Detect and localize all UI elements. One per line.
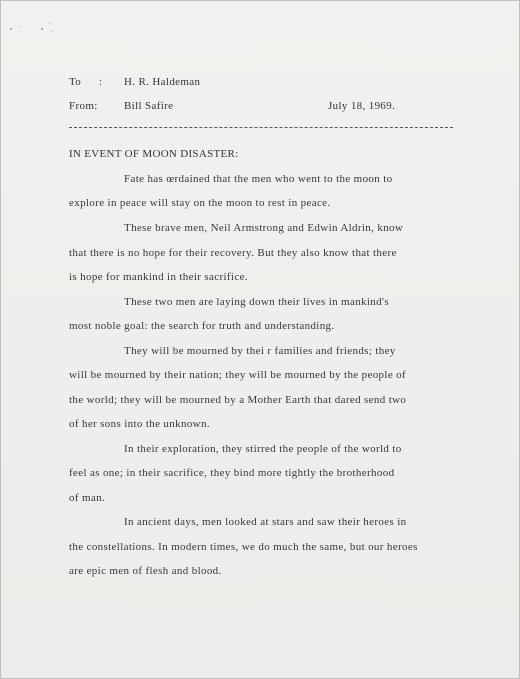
memo-heading: IN EVENT OF MOON DISASTER: (69, 148, 239, 160)
scan-speck (41, 28, 43, 30)
from-label: From: (69, 100, 98, 112)
dashed-divider (69, 127, 453, 128)
paragraph-first-line: In ancient days, men looked at stars and… (124, 516, 406, 528)
scan-speck (49, 23, 50, 24)
paragraph-line: is hope for mankind in their sacrifice. (69, 271, 248, 283)
paragraph-first-line: These brave men, Neil Armstrong and Edwi… (124, 222, 403, 234)
to-colon: : (99, 76, 102, 88)
memo-page: To : H. R. Haldeman From: Bill Safire Ju… (0, 0, 520, 679)
scan-speck (10, 28, 12, 30)
paragraph-line: the world; they will be mourned by a Mot… (69, 394, 406, 406)
paragraph-first-line: In their exploration, they stirred the p… (124, 443, 402, 455)
to-recipient: H. R. Haldeman (124, 76, 200, 88)
paragraph-line: of her sons into the unknown. (69, 418, 210, 430)
paragraph-first-line: These two men are laying down their live… (124, 296, 389, 308)
memo-date: July 18, 1969. (328, 100, 395, 112)
paragraph-first-line: They will be mourned by thei r families … (124, 345, 396, 357)
scan-speck (19, 26, 20, 27)
paragraph-line: are epic men of flesh and blood. (69, 565, 222, 577)
paragraph-line: explore in peace will stay on the moon t… (69, 197, 331, 209)
paragraph-line: feel as one; in their sacrifice, they bi… (69, 467, 394, 479)
paragraph-line: will be mourned by their nation; they wi… (69, 369, 406, 381)
scan-speck (52, 31, 53, 32)
paragraph-line: that there is no hope for their recovery… (69, 247, 397, 259)
from-sender: Bill Safire (124, 100, 173, 112)
paragraph-first-line: Fate has œrdained that the men who went … (124, 173, 392, 185)
paragraph-line: of man. (69, 492, 105, 504)
paragraph-line: most noble goal: the search for truth an… (69, 320, 335, 332)
paragraph-line: the constellations. In modern times, we … (69, 541, 418, 553)
to-label: To (69, 76, 81, 88)
